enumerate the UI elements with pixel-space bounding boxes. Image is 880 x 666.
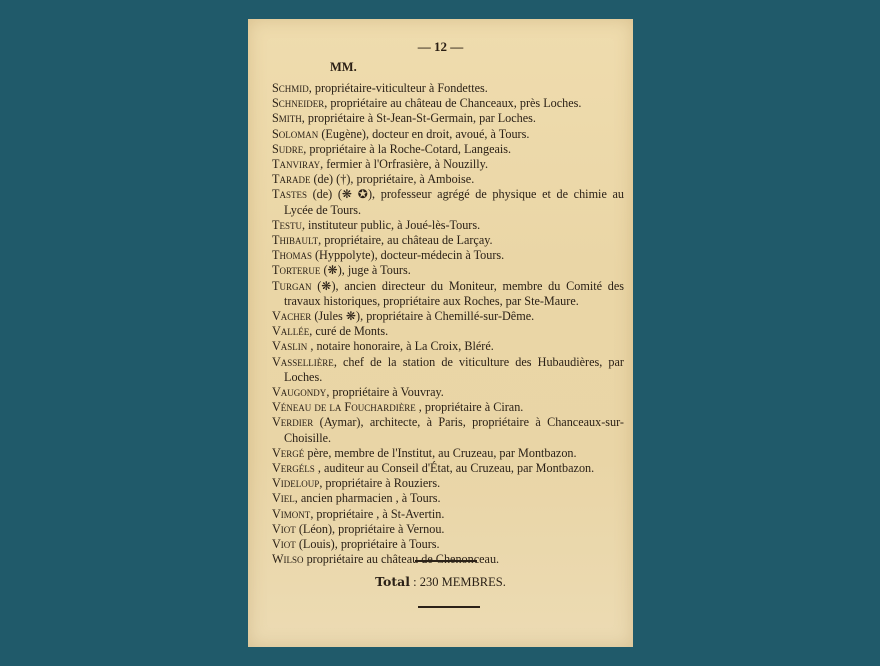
member-name: Schmid (272, 81, 309, 95)
member-entry: Vaugondy, propriétaire à Vouvray. (272, 385, 624, 400)
member-details: (Hyppolyte), docteur-médecin à Tours. (312, 248, 504, 262)
member-details: , fermier à l'Orfrasière, à Nouzilly. (320, 157, 488, 171)
member-entry: Thibault, propriétaire, au château de La… (272, 233, 624, 248)
member-entry: Soloman (Eugène), docteur en droit, avou… (272, 127, 624, 142)
member-entry: Vaslin , notaire honoraire, à La Croix, … (272, 339, 624, 354)
member-entry: Vergé père, membre de l'Institut, au Cru… (272, 446, 624, 461)
member-details: , propriétaire-viticulteur à Fondettes. (309, 81, 488, 95)
member-name: Viot (272, 522, 296, 536)
member-entry: Véneau de la Fouchardière , propriétaire… (272, 400, 624, 415)
member-name: Sudre (272, 142, 303, 156)
divider-top (415, 560, 477, 562)
member-entry: Verdier (Aymar), architecte, à Paris, pr… (272, 415, 624, 445)
member-entry: Sudre, propriétaire à la Roche-Cotard, L… (272, 142, 624, 157)
member-name: Vergé (272, 446, 304, 460)
member-name: Schneider (272, 96, 324, 110)
member-name: Viot (272, 537, 296, 551)
member-name: Vaugondy (272, 385, 326, 399)
member-entry: Vacher (Jules ❋), propriétaire à Chemill… (272, 309, 624, 324)
member-details: (Eugène), docteur en droit, avoué, à Tou… (318, 127, 529, 141)
member-name: Viel (272, 491, 295, 505)
member-entry: Turgan (❋), ancien directeur du Moniteur… (272, 279, 624, 309)
member-name: Turgan (272, 279, 311, 293)
member-name: Tastes (272, 187, 307, 201)
member-details: , propriétaire au château de Chanceaux, … (324, 96, 581, 110)
member-entry: Videloup, propriétaire à Rouziers. (272, 476, 624, 491)
member-entry: Viel, ancien pharmacien , à Tours. (272, 491, 624, 506)
member-name: Thibault (272, 233, 318, 247)
member-entry: Viot (Louis), propriétaire à Tours. (272, 537, 624, 552)
member-name: Vacher (272, 309, 311, 323)
member-name: Vallée (272, 324, 309, 338)
member-name: Vassellière (272, 355, 334, 369)
member-details: , instituteur public, à Joué-lès-Tours. (302, 218, 480, 232)
member-details: , propriétaire à Vouvray. (326, 385, 444, 399)
member-name: Vaslin (272, 339, 307, 353)
member-name: Vimont (272, 507, 310, 521)
salutation: MM. (330, 60, 357, 75)
member-details: , propriétaire à la Roche-Cotard, Langea… (303, 142, 511, 156)
member-entry: Smith, propriétaire à St-Jean-St-Germain… (272, 111, 624, 126)
member-entry: Testu, instituteur public, à Joué-lès-To… (272, 218, 624, 233)
member-entry: Vallée, curé de Monts. (272, 324, 624, 339)
member-details: (de) (❋ ✪), professeur agrégé de physiqu… (284, 187, 624, 216)
total-value: : 230 MEMBRES. (410, 575, 506, 589)
member-name: Tanviray (272, 157, 320, 171)
member-entry: Vimont, propriétaire , à St-Avertin. (272, 507, 624, 522)
member-entry: Tanviray, fermier à l'Orfrasière, à Nouz… (272, 157, 624, 172)
member-name: Wilso (272, 552, 304, 566)
member-details: , chef de la station de viticulture des … (284, 355, 624, 384)
member-name: Thomas (272, 248, 312, 262)
member-entry: Schmid, propriétaire-viticulteur à Fonde… (272, 81, 624, 96)
total-label: Total (375, 574, 410, 589)
member-name: Véneau de la Fouchardière (272, 400, 416, 414)
member-details: , propriétaire, au château de Larçay. (318, 233, 492, 247)
member-details: (❋), ancien directeur du Moniteur, membr… (284, 279, 624, 308)
member-name: Soloman (272, 127, 318, 141)
member-entry: Vassellière, chef de la station de vitic… (272, 355, 624, 385)
member-details: , propriétaire à Rouziers. (319, 476, 440, 490)
member-details: (Aymar), architecte, à Paris, propriétai… (284, 415, 624, 444)
member-entry: Viot (Léon), propriétaire à Vernou. (272, 522, 624, 537)
member-details: , propriétaire , à St-Avertin. (310, 507, 444, 521)
member-details: , ancien pharmacien , à Tours. (295, 491, 441, 505)
member-entry: Tarade (de) (†), propriétaire, à Amboise… (272, 172, 624, 187)
member-name: Tarade (272, 172, 310, 186)
member-details: (Louis), propriétaire à Tours. (296, 537, 440, 551)
member-entry: Schneider, propriétaire au château de Ch… (272, 96, 624, 111)
member-details: (❋), juge à Tours. (320, 263, 410, 277)
member-details: (de) (†), propriétaire, à Amboise. (310, 172, 474, 186)
member-name: Videloup (272, 476, 319, 490)
member-name: Testu (272, 218, 302, 232)
document-page: — 12 — MM. Schmid, propriétaire-viticult… (248, 19, 633, 647)
member-details: , propriétaire à St-Jean-St-Germain, par… (302, 111, 536, 125)
member-list: Schmid, propriétaire-viticulteur à Fonde… (272, 81, 624, 568)
member-details: , notaire honoraire, à La Croix, Bléré. (307, 339, 493, 353)
member-details: , propriétaire à Ciran. (416, 400, 524, 414)
page-number: — 12 — (248, 39, 633, 55)
member-name: Torterue (272, 263, 320, 277)
member-entry: Torterue (❋), juge à Tours. (272, 263, 624, 278)
member-details: (Léon), propriétaire à Vernou. (296, 522, 445, 536)
member-details: père, membre de l'Institut, au Cruzeau, … (304, 446, 576, 460)
divider-bottom (418, 606, 480, 608)
member-entry: Vergéls , auditeur au Conseil d'État, au… (272, 461, 624, 476)
member-details: , curé de Monts. (309, 324, 388, 338)
member-entry: Thomas (Hyppolyte), docteur-médecin à To… (272, 248, 624, 263)
member-name: Smith (272, 111, 302, 125)
member-entry: Tastes (de) (❋ ✪), professeur agrégé de … (272, 187, 624, 217)
member-details: , auditeur au Conseil d'État, au Cruzeau… (315, 461, 594, 475)
member-name: Verdier (272, 415, 313, 429)
member-details: (Jules ❋), propriétaire à Chemillé-sur-D… (311, 309, 534, 323)
total-line: Total : 230 MEMBRES. (248, 574, 633, 590)
member-name: Vergéls (272, 461, 315, 475)
